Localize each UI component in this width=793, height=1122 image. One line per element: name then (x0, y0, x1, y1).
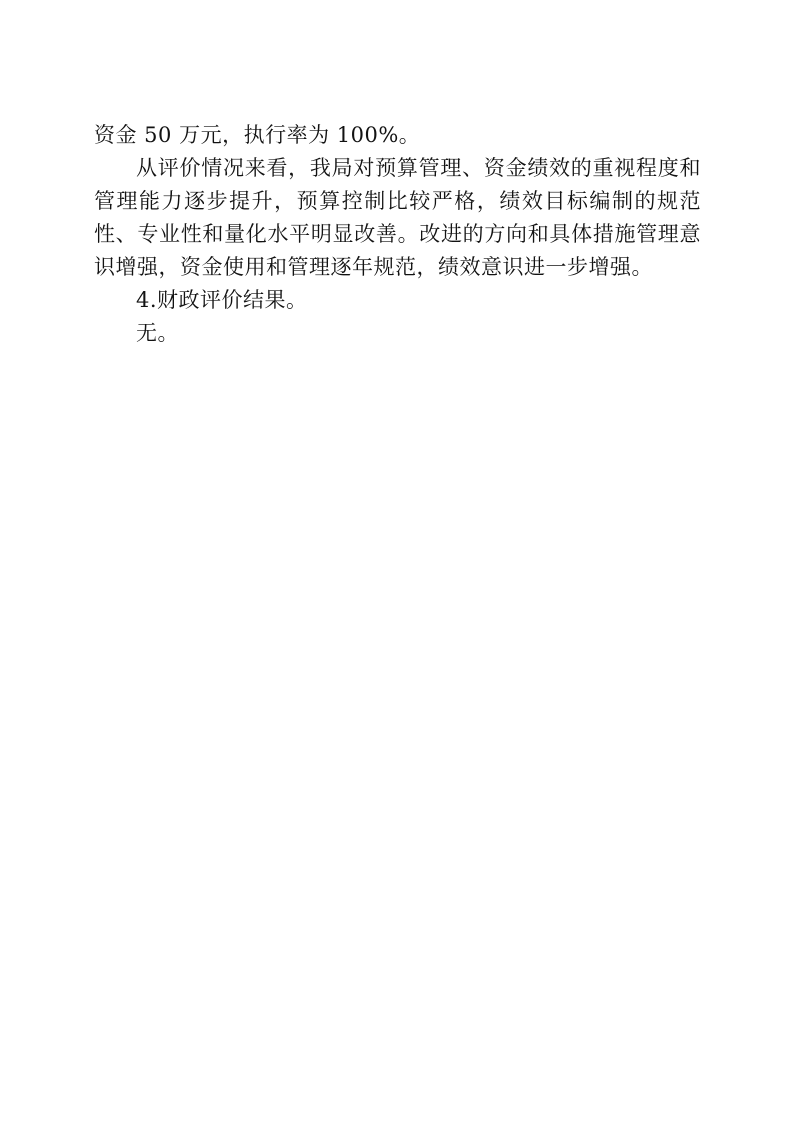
document-body-text: 资金 50 万元，执行率为 100%。 从评价情况来看，我局对预算管理、资金绩效… (94, 119, 701, 350)
paragraph-continuation: 资金 50 万元，执行率为 100%。 (94, 119, 701, 152)
paragraph-none: 无。 (94, 317, 701, 350)
document-page: 资金 50 万元，执行率为 100%。 从评价情况来看，我局对预算管理、资金绩效… (0, 0, 793, 1122)
paragraph-section-heading: 4.财政评价结果。 (94, 284, 701, 317)
paragraph-evaluation-summary: 从评价情况来看，我局对预算管理、资金绩效的重视程度和管理能力逐步提升，预算控制比… (94, 152, 701, 284)
